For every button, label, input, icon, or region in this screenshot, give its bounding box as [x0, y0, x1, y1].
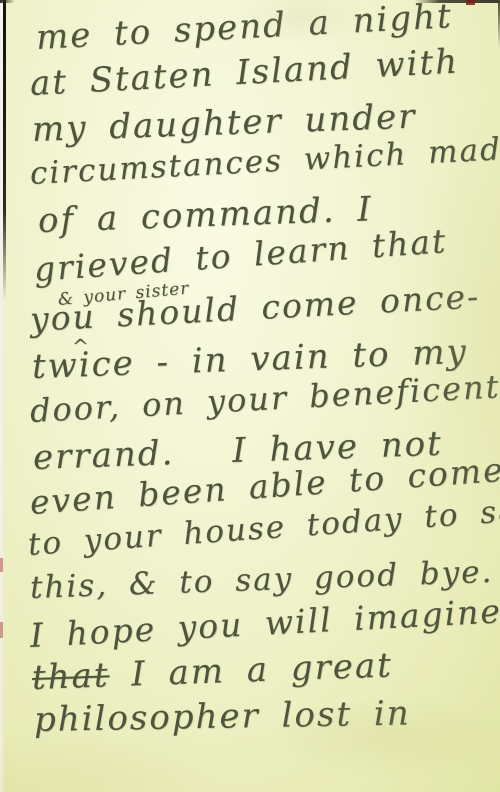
- scan-edge-smudge: [0, 622, 3, 638]
- handwriting-line: philosopher lost in: [34, 693, 411, 740]
- handwriting-text: I am a great: [109, 645, 394, 695]
- scan-border-left-line: [3, 0, 6, 300]
- word-gap: [175, 462, 233, 464]
- scan-edge-smudge: [0, 558, 3, 572]
- handwriting-line: that I am a great: [31, 645, 393, 698]
- letter-body: me to spend a nightat Staten Island with…: [0, 0, 500, 792]
- letter-scan-page: me to spend a nightat Staten Island with…: [0, 0, 500, 792]
- scan-corner-mark: [466, 0, 475, 5]
- struck-word: that: [31, 655, 110, 698]
- scan-border-top-line: [0, 0, 500, 3]
- handwriting-text: errand.: [32, 433, 175, 478]
